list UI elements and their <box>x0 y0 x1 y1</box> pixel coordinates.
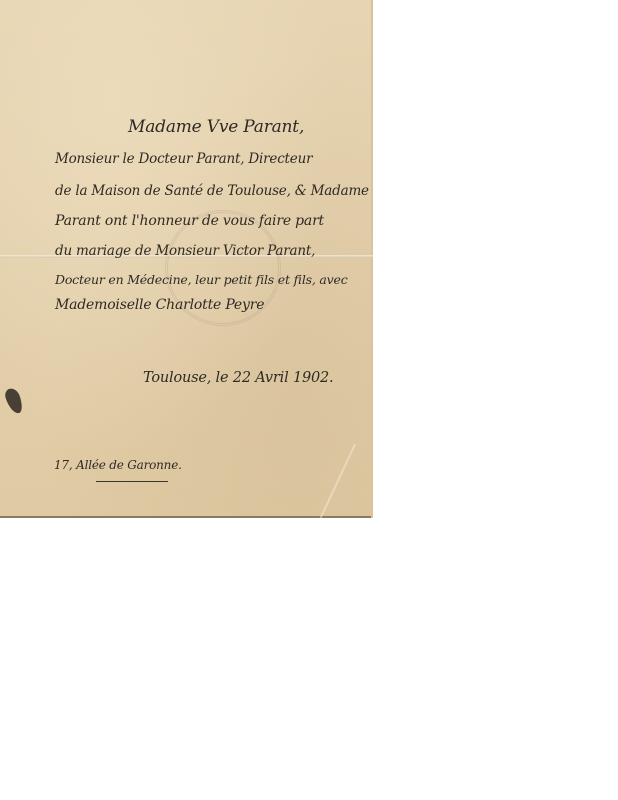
announcement-line-3: de la Maison de Santé de Toulouse, & Mad… <box>55 183 369 199</box>
announcement-line-1: Madame Vve Parant, <box>128 117 304 137</box>
ink-stain <box>3 386 24 415</box>
announcement-line-4: Parant ont l'honneur de vous faire part <box>55 213 324 229</box>
address-underline <box>96 481 168 482</box>
sender-address: 17, Allée de Garonne. <box>54 458 182 472</box>
scanned-letter: Madame Vve Parant, Monsieur le Docteur P… <box>0 0 373 518</box>
diagonal-crease <box>316 444 356 518</box>
place-and-date: Toulouse, le 22 Avril 1902. <box>143 370 333 386</box>
announcement-line-6: Docteur en Médecine, leur petit fils et … <box>55 272 348 287</box>
announcement-line-5: du mariage de Monsieur Victor Parant, <box>55 243 315 259</box>
announcement-line-2: Monsieur le Docteur Parant, Directeur <box>55 151 312 167</box>
announcement-line-7: Mademoiselle Charlotte Peyre <box>55 297 264 313</box>
